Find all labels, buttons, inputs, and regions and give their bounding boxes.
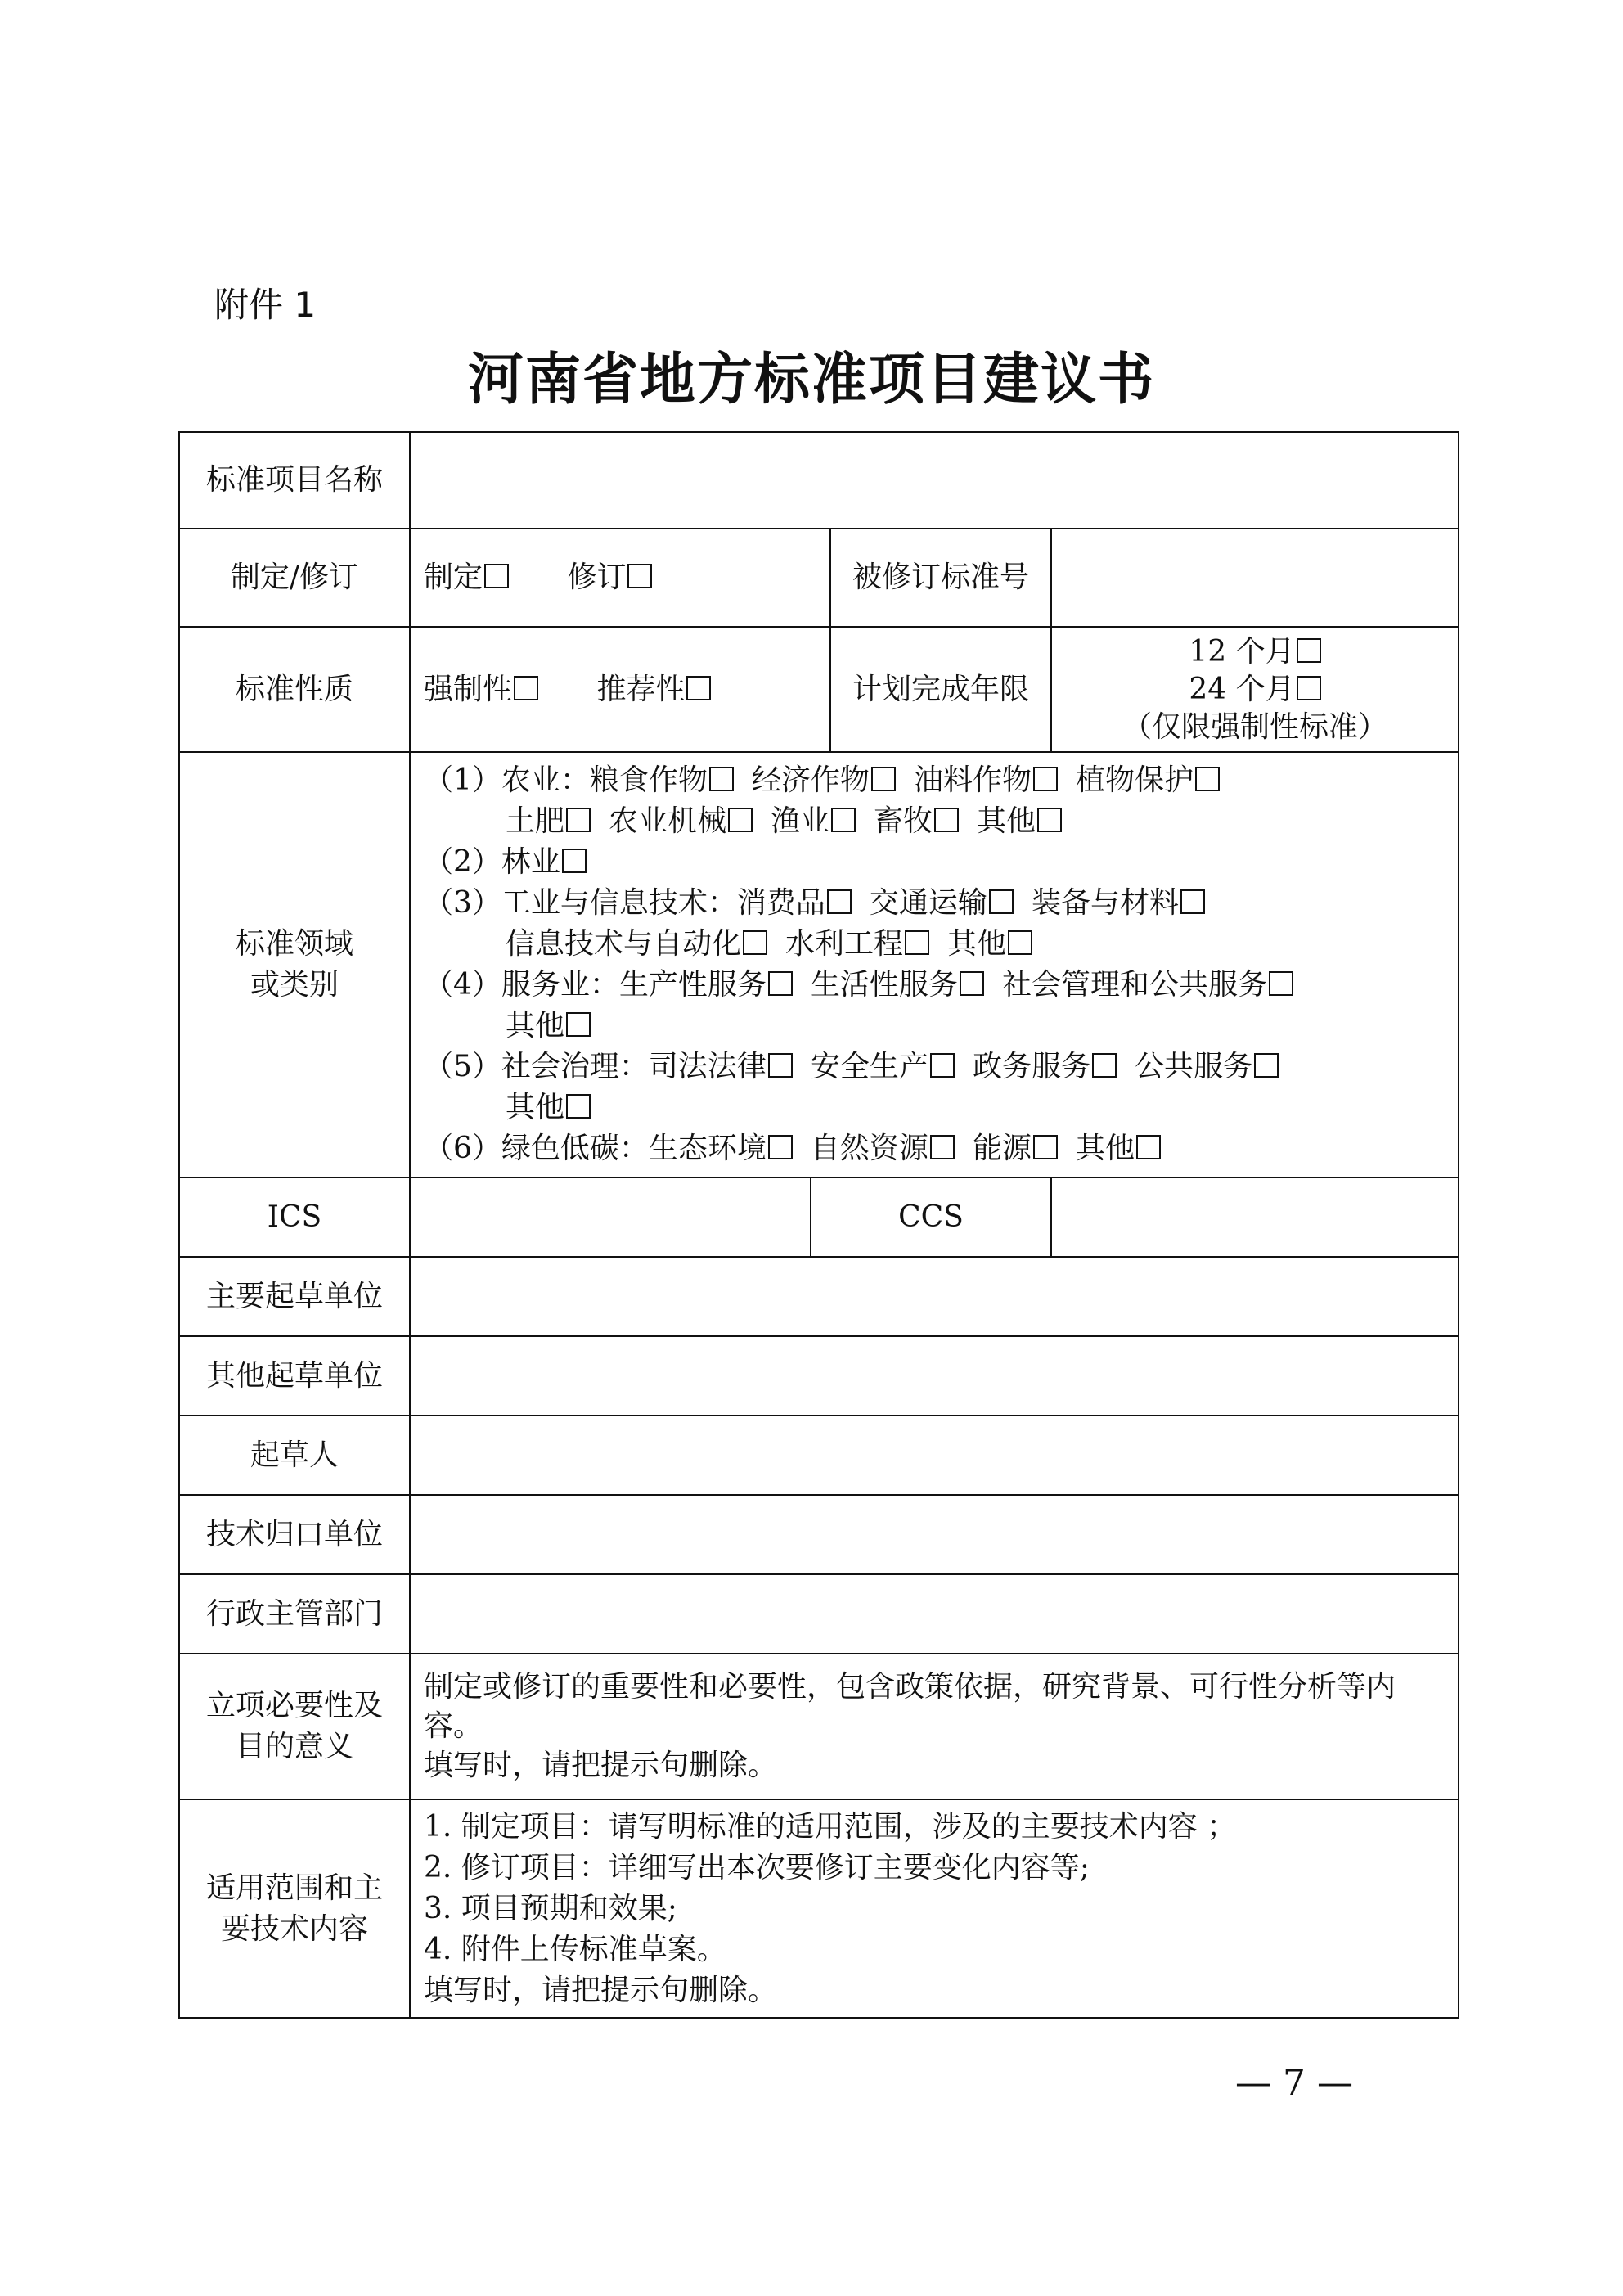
checkbox-icon[interactable] — [566, 1094, 591, 1119]
checkbox-icon[interactable] — [1008, 930, 1032, 955]
category-option[interactable]: 畜牧 — [874, 801, 959, 842]
category-option[interactable]: 生产性服务 — [619, 965, 793, 1006]
checkbox-icon[interactable] — [768, 1053, 793, 1078]
label-tech-unit: 技术归口单位 — [179, 1495, 410, 1574]
checkbox-icon[interactable] — [1037, 808, 1062, 832]
category-group-label: （1）农业： — [424, 763, 590, 797]
checkbox-icon[interactable] — [871, 767, 896, 791]
checkbox-icon[interactable] — [627, 564, 652, 588]
category-option[interactable]: 其他 — [506, 1087, 591, 1128]
label-drafter: 起草人 — [179, 1416, 410, 1495]
checkbox-icon[interactable] — [728, 808, 753, 832]
checkbox-icon[interactable] — [566, 808, 591, 832]
category-option[interactable]: 其他 — [977, 801, 1062, 842]
row-category: 标准领域 或类别 （1）农业：粮食作物经济作物油料作物植物保护土肥农业机械渔业畜… — [179, 752, 1459, 1177]
tech-unit-field[interactable] — [410, 1495, 1459, 1574]
category-option[interactable]: 信息技术与自动化 — [506, 924, 767, 965]
checkbox-icon[interactable] — [514, 676, 538, 700]
option-24-months[interactable]: 24 个月 — [1065, 671, 1445, 709]
checkbox-icon[interactable] — [484, 564, 509, 588]
category-options: （1）农业：粮食作物经济作物油料作物植物保护土肥农业机械渔业畜牧其他（2）林业（… — [410, 752, 1459, 1177]
category-option[interactable]: 植物保护 — [1076, 760, 1220, 801]
category-option[interactable]: 生活性服务 — [811, 965, 984, 1006]
checkbox-icon[interactable] — [709, 767, 734, 791]
category-option[interactable]: 渔业 — [771, 801, 856, 842]
checkbox-icon[interactable] — [1033, 767, 1058, 791]
category-option[interactable]: 政务服务 — [973, 1047, 1117, 1087]
ccs-field[interactable] — [1051, 1177, 1459, 1257]
category-group-line: 其他 — [424, 1087, 1445, 1128]
drafter-field[interactable] — [410, 1416, 1459, 1495]
label-main-drafter-unit: 主要起草单位 — [179, 1257, 410, 1336]
category-option[interactable]: 土肥 — [506, 801, 591, 842]
category-option[interactable]: 装备与材料 — [1032, 883, 1205, 924]
category-option[interactable]: 自然资源 — [811, 1128, 955, 1169]
category-option[interactable]: 粮食作物 — [590, 760, 734, 801]
row-drafter: 起草人 — [179, 1416, 1459, 1495]
category-option[interactable]: 其他 — [1076, 1128, 1161, 1169]
row-admin-dept: 行政主管部门 — [179, 1574, 1459, 1654]
row-necessity: 立项必要性及 目的意义 制定或修订的重要性和必要性，包含政策依据，研究背景、可行… — [179, 1654, 1459, 1799]
option-revise[interactable]: 修订 — [567, 557, 652, 598]
checkbox-icon[interactable] — [1269, 971, 1293, 996]
category-option[interactable]: 水利工程 — [785, 924, 929, 965]
deadline-note: （仅限强制性标准） — [1065, 709, 1445, 746]
checkbox-icon[interactable] — [831, 808, 856, 832]
admin-dept-field[interactable] — [410, 1574, 1459, 1654]
category-option[interactable]: 安全生产 — [811, 1047, 955, 1087]
category-group-line: （2）林业 — [424, 842, 1445, 883]
option-recommended[interactable]: 推荐性 — [596, 669, 711, 710]
row-other-drafter-unit: 其他起草单位 — [179, 1336, 1459, 1416]
category-group-line: （1）农业：粮食作物经济作物油料作物植物保护 — [424, 760, 1445, 801]
document-title: 河南省地方标准项目建议书 — [0, 335, 1623, 415]
category-group-label: （5）社会治理： — [424, 1050, 649, 1083]
scope-item: 4. 附件上传标准草案。 — [424, 1929, 1445, 1970]
category-option[interactable]: 农业机械 — [609, 801, 753, 842]
checkbox-icon[interactable] — [1136, 1135, 1161, 1159]
scope-item: 1. 制定项目：请写明标准的适用范围，涉及的主要技术内容 ； — [424, 1807, 1445, 1848]
checkbox-icon[interactable] — [934, 808, 959, 832]
label-nature: 标准性质 — [179, 627, 410, 752]
make-revise-options: 制定 修订 — [410, 529, 830, 627]
checkbox-icon[interactable] — [1180, 889, 1205, 914]
category-option[interactable]: 其他 — [506, 1006, 591, 1047]
other-drafter-unit-field[interactable] — [410, 1336, 1459, 1416]
checkbox-icon[interactable] — [905, 930, 929, 955]
checkbox-icon[interactable] — [686, 676, 711, 700]
category-option[interactable]: 生态环境 — [649, 1128, 793, 1169]
label-revised-no: 被修订标准号 — [830, 529, 1051, 627]
option-mandatory[interactable]: 强制性 — [424, 669, 538, 710]
checkbox-icon[interactable] — [1297, 676, 1321, 700]
label-deadline: 计划完成年限 — [830, 627, 1051, 752]
label-scope: 适用范围和主 要技术内容 — [179, 1799, 410, 2018]
revised-no-field[interactable] — [1051, 529, 1459, 627]
category-group-label: （3）工业与信息技术： — [424, 886, 737, 920]
checkbox-icon[interactable] — [743, 930, 767, 955]
label-other-drafter-unit: 其他起草单位 — [179, 1336, 410, 1416]
row-make-revise: 制定/修订 制定 修订 被修订标准号 — [179, 529, 1459, 627]
option-make[interactable]: 制定 — [424, 557, 509, 598]
row-nature: 标准性质 强制性 推荐性 计划完成年限 12 个月 24 个月 （仅限强制性标准… — [179, 627, 1459, 752]
category-option[interactable]: 经济作物 — [752, 760, 896, 801]
checkbox-icon[interactable] — [930, 1053, 955, 1078]
checkbox-icon[interactable] — [989, 889, 1014, 914]
label-category: 标准领域 或类别 — [179, 752, 410, 1177]
page-number: — 7 — — [1235, 2062, 1353, 2104]
checkbox-icon[interactable] — [960, 971, 984, 996]
checkbox-icon[interactable] — [1033, 1135, 1058, 1159]
category-option[interactable]: 消费品 — [737, 883, 852, 924]
checkbox-icon[interactable] — [1092, 1053, 1117, 1078]
label-ccs: CCS — [811, 1177, 1051, 1257]
category-group-label: （4）服务业： — [424, 968, 619, 1002]
nature-options: 强制性 推荐性 — [410, 627, 830, 752]
necessity-hint: 制定或修订的重要性和必要性，包含政策依据，研究背景、可行性分析等内容。 — [424, 1668, 1445, 1746]
row-main-drafter-unit: 主要起草单位 — [179, 1257, 1459, 1336]
main-drafter-unit-field[interactable] — [410, 1257, 1459, 1336]
category-option[interactable]: 其他 — [947, 924, 1032, 965]
deadline-options: 12 个月 24 个月 （仅限强制性标准） — [1051, 627, 1459, 752]
category-option[interactable]: 司法法律 — [649, 1047, 793, 1087]
category-option[interactable]: 公共服务 — [1135, 1047, 1279, 1087]
scope-delete-hint: 填写时，请把提示句删除。 — [424, 1970, 1445, 2011]
category-option[interactable]: 社会管理和公共服务 — [1002, 965, 1293, 1006]
category-option[interactable]: 油料作物 — [914, 760, 1058, 801]
checkbox-icon[interactable] — [1195, 767, 1220, 791]
checkbox-icon[interactable] — [768, 1135, 793, 1159]
project-name-field[interactable] — [410, 432, 1459, 529]
row-ics: ICS CCS — [179, 1177, 1459, 1257]
label-make-revise: 制定/修订 — [179, 529, 410, 627]
necessity-delete-hint: 填写时，请把提示句删除。 — [424, 1746, 1445, 1785]
proposal-form-table: 标准项目名称 制定/修订 制定 修订 被修订标准号 标准性质 强制性 推荐性 计… — [178, 431, 1459, 2019]
category-group-line: （3）工业与信息技术：消费品交通运输装备与材料 — [424, 883, 1445, 924]
option-12-months[interactable]: 12 个月 — [1065, 633, 1445, 671]
checkbox-icon[interactable] — [930, 1135, 955, 1159]
category-group-line: 其他 — [424, 1006, 1445, 1047]
checkbox-icon[interactable] — [827, 889, 852, 914]
necessity-field[interactable]: 制定或修订的重要性和必要性，包含政策依据，研究背景、可行性分析等内容。 填写时，… — [410, 1654, 1459, 1799]
checkbox-icon[interactable] — [566, 1012, 591, 1037]
category-group-line: （6）绿色低碳：生态环境自然资源能源其他 — [424, 1128, 1445, 1169]
scope-item: 2. 修订项目：详细写出本次要修订主要变化内容等; — [424, 1848, 1445, 1889]
label-necessity: 立项必要性及 目的意义 — [179, 1654, 410, 1799]
row-tech-unit: 技术归口单位 — [179, 1495, 1459, 1574]
category-option[interactable]: 交通运输 — [870, 883, 1014, 924]
ics-field[interactable] — [410, 1177, 811, 1257]
checkbox-icon[interactable] — [562, 849, 587, 873]
row-scope: 适用范围和主 要技术内容 1. 制定项目：请写明标准的适用范围，涉及的主要技术内… — [179, 1799, 1459, 2018]
category-group-label: （2）林业 — [424, 845, 560, 879]
category-group-line: 土肥农业机械渔业畜牧其他 — [424, 801, 1445, 842]
category-group-label: （6）绿色低碳： — [424, 1132, 649, 1165]
label-ics: ICS — [179, 1177, 410, 1257]
checkbox-icon[interactable] — [1297, 638, 1321, 663]
attachment-label: 附件 1 — [214, 278, 316, 327]
label-project-name: 标准项目名称 — [179, 432, 410, 529]
category-group-line: 信息技术与自动化水利工程其他 — [424, 924, 1445, 965]
scope-field[interactable]: 1. 制定项目：请写明标准的适用范围，涉及的主要技术内容 ； 2. 修订项目：详… — [410, 1799, 1459, 2018]
checkbox-icon[interactable] — [1254, 1053, 1279, 1078]
label-admin-dept: 行政主管部门 — [179, 1574, 410, 1654]
category-group-line: （4）服务业：生产性服务生活性服务社会管理和公共服务 — [424, 965, 1445, 1006]
category-group-line: （5）社会治理：司法法律安全生产政务服务公共服务 — [424, 1047, 1445, 1087]
row-project-name: 标准项目名称 — [179, 432, 1459, 529]
category-option[interactable]: 能源 — [973, 1128, 1058, 1169]
checkbox-icon[interactable] — [768, 971, 793, 996]
scope-item: 3. 项目预期和效果; — [424, 1889, 1445, 1929]
